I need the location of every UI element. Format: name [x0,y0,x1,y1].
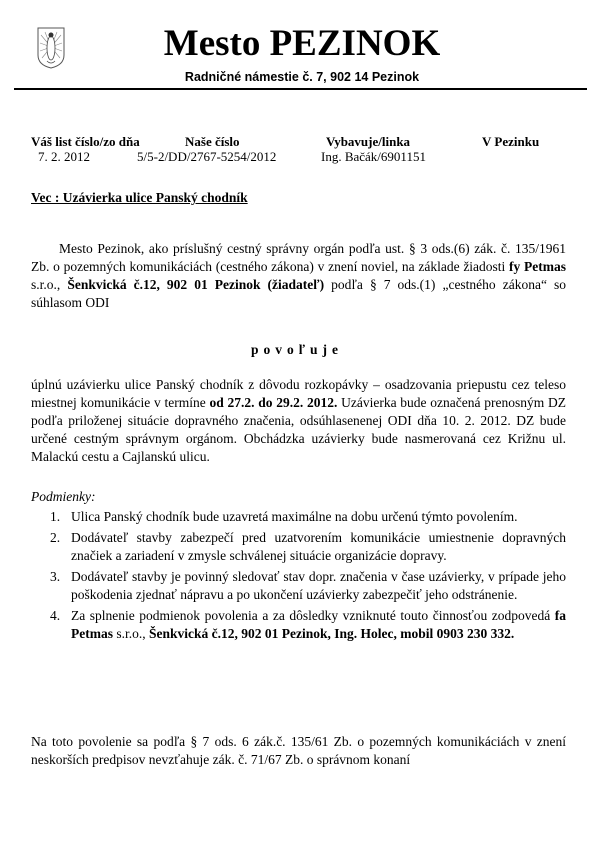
header-divider [14,88,587,90]
decision-heading: povoľuje [0,342,600,358]
city-name-heading: Mesto PEZINOK [0,24,600,64]
conditions-list: 1.Ulica Panský chodník bude uzavretá max… [31,508,566,646]
condition-item: 3.Dodávateľ stavby je povinný sledovať s… [31,568,566,604]
conditions-heading: Podmienky: [31,489,95,505]
subject-line: Vec : Uzávierka ulice Panský chodník [31,190,248,206]
your-letter-date: 7. 2. 2012 [38,149,90,164]
city-office-address: Radničné námestie č. 7, 902 14 Pezinok [0,70,600,84]
condition-item: 2.Dodávateľ stavby zabezpečí pred uzatvo… [31,529,566,565]
our-number-label: Naše číslo [185,134,240,149]
our-number-value: 5/5-2/DD/2767-5254/2012 [137,149,276,164]
intro-paragraph: Mesto Pezinok, ako príslušný cestný sprá… [31,240,566,312]
place-label: V Pezinku [482,134,539,149]
handled-by-value: Ing. Bačák/6901151 [321,149,426,164]
closure-details-paragraph: úplnú uzávierku ulice Panský chodník z d… [31,376,566,466]
condition-item: 1.Ulica Panský chodník bude uzavretá max… [31,508,566,526]
condition-item: 4.Za splnenie podmienok povolenia a za d… [31,607,566,643]
handled-by-label: Vybavuje/linka [326,134,410,149]
legal-note-paragraph: Na toto povolenie sa podľa § 7 ods. 6 zá… [31,733,566,769]
your-letter-label: Váš list číslo/zo dňa [31,134,140,149]
